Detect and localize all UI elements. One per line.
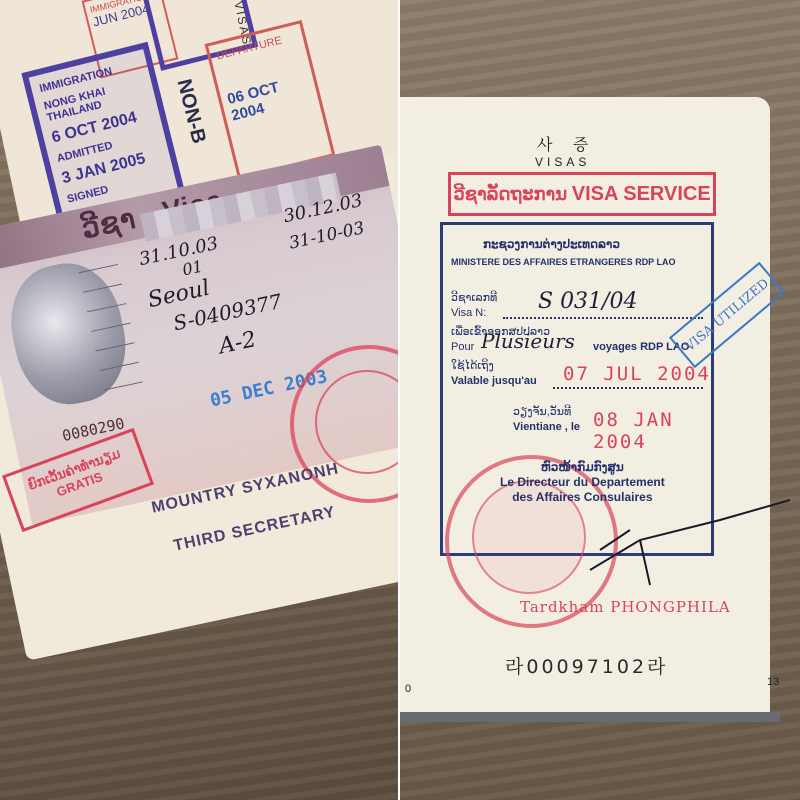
hologram (0, 254, 137, 414)
left-passport-photo: IMMIGRATION JUN 2004 IMMIGRATION NONG KH… (0, 0, 400, 800)
pour-value: Plusieurs (481, 329, 575, 353)
page-number-right: 13 (767, 676, 779, 688)
visa-no-label: Visa N: (451, 307, 486, 319)
page-number-left: 0 (405, 683, 411, 695)
issue-date: 08 JAN 2004 (593, 409, 711, 453)
ministry-lao: ກະຊວງການຕ່າງປະເທດລາວ (483, 237, 620, 251)
visa-service-text: VISA SERVICE (572, 183, 711, 206)
visa-service-lao: ວີຊາລັດຖະການ (453, 184, 567, 205)
visa-category: A-2 (217, 327, 259, 359)
signature (580, 490, 800, 590)
visa-service-stamp: ວີຊາລັດຖະການ VISA SERVICE (448, 172, 716, 216)
page-header-korean: 사 증 (537, 132, 596, 155)
director-lao: ຫົວໜ້າກົມກົງສູນ (500, 460, 665, 475)
departure-date: 06 OCT 2004 (226, 72, 314, 125)
place-label: Vientiane , le (513, 421, 580, 433)
dotted-line (553, 387, 703, 389)
right-passport-photo: 사 증 VISAS ວີຊາລັດຖະການ VISA SERVICE ກະຊວ… (400, 0, 800, 800)
pour-label: Pour (451, 341, 474, 353)
valid-label-lao: ໃຊ້ໄດ້ເຖິງ (451, 359, 494, 372)
ministry-fr: MINISTERE DES AFFAIRES ETRANGERES RDP LA… (451, 257, 676, 267)
visa-number: S 031/04 (538, 289, 637, 314)
director-line1: Le Directeur du Departement (500, 475, 665, 490)
dotted-line (503, 317, 703, 319)
valid-label: Valable jusqu'au (451, 375, 537, 387)
page-header-english: VISAS (535, 155, 590, 169)
passport-cover-edge (400, 712, 780, 722)
visa-no-label-lao: ວີຊາເລກທີ (451, 291, 497, 304)
valid-until-date: 07 JUL 2004 (563, 363, 711, 385)
place-label-lao: ວຽງຈັນ,ວັນທີ (513, 405, 571, 418)
signatory-name: Tardkham PHONGPHILA (520, 598, 731, 616)
passport-number: 라00097102라 (505, 652, 668, 679)
